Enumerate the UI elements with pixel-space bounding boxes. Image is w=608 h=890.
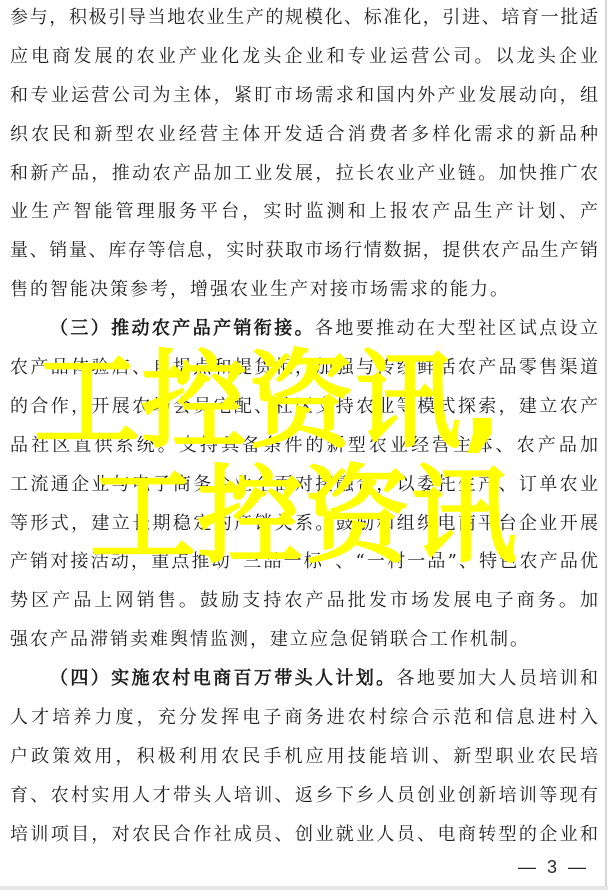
watermark-line-2: 工控资讯 [90,464,518,570]
text-line: 户政策效用，积极利用农民手机应用技能培训、新型职业农民培 [10,738,598,777]
section-text: 各地要推动在大型社区试点设立 [315,318,598,339]
page-edge-right [605,0,607,890]
document-page: 参与，积极引导当地农业生产的规模化、标准化，引进、培育一批适 应电商发展的农业产… [0,0,608,890]
page-edge-bottom [0,886,608,890]
text-line: 织农民和新型农业经营主体开发适合消费者多样化需求的新品种 [10,116,598,155]
text-line: 和新产品，推动农产品加工业发展，拉长农业产业链。加快推广农 [10,155,598,194]
text-line-paragraph-end: 售的智能决策参考，增强农业生产对接市场需求的能力。 [10,271,598,310]
watermark-line-1: 工控资讯, [34,349,503,455]
text-line: 人才培养力度，充分发挥电子商务进农村综合示范和信息进村入 [10,699,598,738]
section-heading-4: （四）实施农村电商百万带头人计划。 [50,668,397,689]
section-heading-line-4: （四）实施农村电商百万带头人计划。各地要加大人员培训和 [10,660,598,699]
section-heading-3: （三）推动农产品产销衔接。 [50,318,315,339]
text-line: 育、农村实用人才带头人培训、返乡下乡人员创业创新培训等现有 [10,777,598,816]
text-line-paragraph-end: 强农产品滞销卖难舆情监测，建立应急促销联合工作机制。 [10,621,598,660]
section-text: 各地要加大人员培训和 [397,668,598,689]
page-number: — 3 — [518,857,586,878]
text-line: 培训项目，对农民合作社成员、创业就业人员、电商转型的企业和 [10,816,598,855]
text-line: 应电商发展的农业产业化龙头企业和专业运营公司。以龙头企业 [10,38,598,77]
text-line: 参与，积极引导当地农业生产的规模化、标准化，引进、培育一批适 [10,0,598,38]
text-line: 业生产智能管理服务平台，实时监测和上报农产品生产计划、产 [10,193,598,232]
text-line: 量、销量、库存等信息，实时获取市场行情数据，提供农产品生产销 [10,232,598,271]
text-line: 势区产品上网销售。鼓励支持农产品批发市场发展电子商务。加 [10,582,598,621]
text-line: 和专业运营公司为主体，紧盯市场需求和国内外产业发展动向，组 [10,77,598,116]
